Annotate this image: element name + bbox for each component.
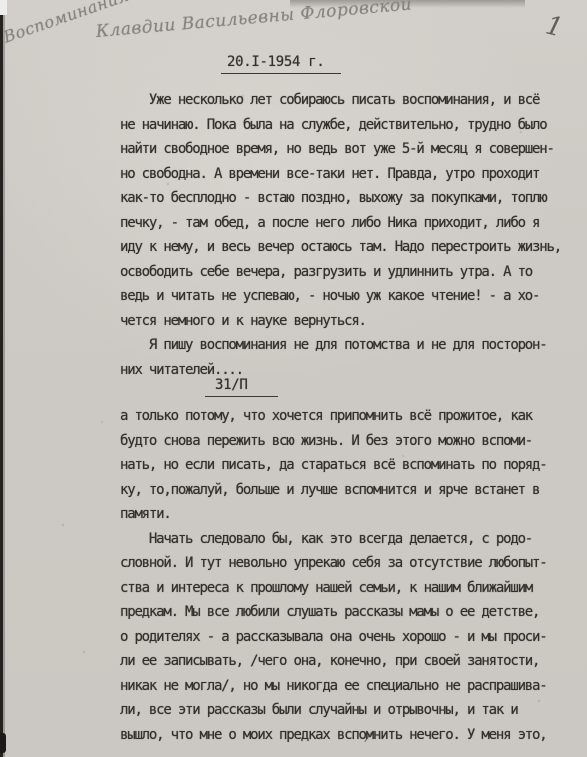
scan-left-edge-shadow: [3, 14, 5, 757]
typed-line: никак не могла/, но мы никогда ее специа…: [120, 674, 572, 699]
typed-line: ку, то,пожалуй, больше и лучше вспомнитс…: [120, 478, 572, 503]
scan-specks: [0, 0, 2, 2]
typed-line: Я пишу воспоминания не для потомства и н…: [120, 333, 572, 358]
typed-line: ли ее записывать, /чего она, конечно, пр…: [120, 649, 572, 674]
scanned-memoir-page: Воспоминания Клавдии Васильевны Флоровск…: [0, 0, 587, 757]
typed-line: них читателей....: [120, 358, 572, 383]
typed-line: освободить себе вечера, разгрузить и удл…: [120, 260, 572, 285]
entry-2-text: а только потому, что хочется припомнить …: [120, 404, 572, 747]
typed-line: ства и интереса к прошлому нашей семьи, …: [120, 576, 572, 601]
typed-line: вышло, что мне о моих предках вспомнить …: [120, 723, 572, 748]
typed-line: предкам. Мы все любили слушать рассказы …: [120, 600, 572, 625]
typed-line: ведь и читать не успеваю, - ночью уж как…: [120, 284, 572, 309]
entry-date-heading-2-text: 31/П: [205, 377, 278, 397]
typed-line: как-то бесплодно - встаю поздно, выхожу …: [120, 186, 572, 211]
entry-date-heading-1: 20.I-1954 г.: [221, 54, 341, 74]
typed-line: Начать следовало бы, как это всегда дела…: [120, 527, 572, 552]
page-number: 1: [543, 10, 566, 43]
entry-1-text: Уже несколько лет собираюсь писать воспо…: [120, 88, 572, 382]
typed-line: Уже несколько лет собираюсь писать воспо…: [120, 88, 572, 113]
typed-line: печку, - там обед, а после него либо Ник…: [120, 211, 572, 236]
entry-date-heading-2: 31/П: [205, 377, 278, 397]
typed-line: а только потому, что хочется припомнить …: [120, 404, 572, 429]
scan-left-blob: [0, 733, 6, 753]
scan-corner-highlight: [0, 0, 7, 15]
typed-line: не начинаю. Пока была на службе, действи…: [120, 113, 572, 138]
entry-date-heading-1-text: 20.I-1954 г.: [221, 54, 341, 74]
handwritten-title-rest: Клавдии Васильевны Флоровской: [95, 0, 413, 42]
typed-line: словной. И тут невольно упрекаю себя за …: [120, 551, 572, 576]
typed-line: нать, но если писать, да стараться всё в…: [120, 453, 572, 478]
typed-line: но свободна. А времени все-таки нет. Пра…: [120, 162, 572, 187]
typed-line: будто снова пережить всю жизнь. И без эт…: [120, 429, 572, 454]
typed-line: найти свободное время, но ведь вот уже 5…: [120, 137, 572, 162]
typed-line: ли, все эти рассказы были случайны и отр…: [120, 698, 572, 723]
typed-line: о родителях - а рассказывала она очень х…: [120, 625, 572, 650]
typed-line: чется немного и к науке вернуться.: [120, 309, 572, 334]
typed-line: памяти.: [120, 502, 572, 527]
typed-line: иду к нему, и весь вечер остаюсь там. На…: [120, 235, 572, 260]
